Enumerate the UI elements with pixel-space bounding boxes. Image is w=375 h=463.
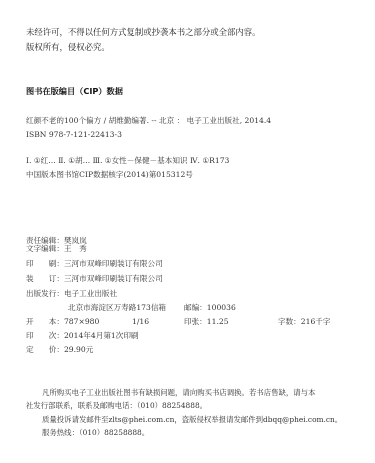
cip-number: 中国版本图书馆CIP数据核字(2014)第015312号 <box>26 170 193 180</box>
words-row: 字数：216千字 <box>278 317 330 327</box>
price-label: 定 价： <box>26 345 64 354</box>
printer-label: 印 刷： <box>26 259 64 268</box>
edition-row: 印 次：2014年4月第1次印刷 <box>26 331 139 341</box>
notice-line-3: 质量投诉请发邮件至zlts@phei.com.cn，盗版侵权举报请发邮件到dbq… <box>42 415 342 425</box>
cip-record: 红颜不老的100个偏方 / 胡维勤编著. -- 北京 ： 电子工业出版社, 20… <box>26 116 271 126</box>
edition-value: 2014年4月第1次印刷 <box>64 331 139 340</box>
rights-reserved: 版权所有，侵权必究。 <box>26 42 110 52</box>
text-editor-label: 文字编辑： <box>26 244 64 253</box>
words-label: 字数： <box>278 317 301 326</box>
sheets-value: 11.25 <box>207 317 229 326</box>
binder-label: 装 订： <box>26 274 64 283</box>
postcode-row: 邮编：100036 <box>184 303 236 313</box>
fold: 1/16 <box>132 317 149 327</box>
sheets-row: 印张：11.25 <box>184 317 229 327</box>
binder-value: 三河市双峰印刷装订有限公司 <box>64 274 163 283</box>
isbn: ISBN 978-7-121-22413-3 <box>26 130 122 140</box>
price-value: 29.90元 <box>64 345 93 354</box>
publisher-label: 出版发行： <box>26 289 64 298</box>
publisher-row: 出版发行：电子工业出版社 <box>26 289 117 299</box>
printer-value: 三河市双峰印刷装订有限公司 <box>64 259 163 268</box>
classification: Ⅰ. ①红… Ⅱ. ①胡… Ⅲ. ①女性－保健－基本知识 Ⅳ. ①R173 <box>26 156 229 166</box>
notice-line-2: 社发行部联系，联系及邮购电话：（010）88254888。 <box>26 401 207 411</box>
edition-label: 印 次： <box>26 331 64 340</box>
price-row: 定 价：29.90元 <box>26 345 93 355</box>
copyright-notice: 未经许可，不得以任何方式复制或抄袭本书之部分或全部内容。 <box>26 27 261 37</box>
publisher-value: 电子工业出版社 <box>64 289 117 298</box>
text-editor-row: 文字编辑：王 秀 <box>26 244 87 254</box>
words-value: 216千字 <box>301 317 331 326</box>
notice-line-4: 服务热线：（010）88258888。 <box>42 428 149 438</box>
notice-line-1: 凡所购买电子工业出版社图书有缺损问题，请向购买书店调换。若书店售缺，请与本 <box>42 388 315 398</box>
binder-row: 装 订：三河市双峰印刷装订有限公司 <box>26 274 163 284</box>
format-row: 开 本：787×980 <box>26 317 99 327</box>
postcode-value: 100036 <box>207 303 236 312</box>
sheets-label: 印张： <box>184 317 207 326</box>
format-label: 开 本： <box>26 317 64 326</box>
address: 北京市海淀区万寿路173信箱 <box>68 303 166 313</box>
printer-row: 印 刷：三河市双峰印刷装订有限公司 <box>26 259 163 269</box>
cip-title: 图书在版编目（CIP）数据 <box>26 86 123 96</box>
postcode-label: 邮编： <box>184 303 207 312</box>
text-editor-value: 王 秀 <box>64 244 87 253</box>
format-value: 787×980 <box>64 317 99 326</box>
